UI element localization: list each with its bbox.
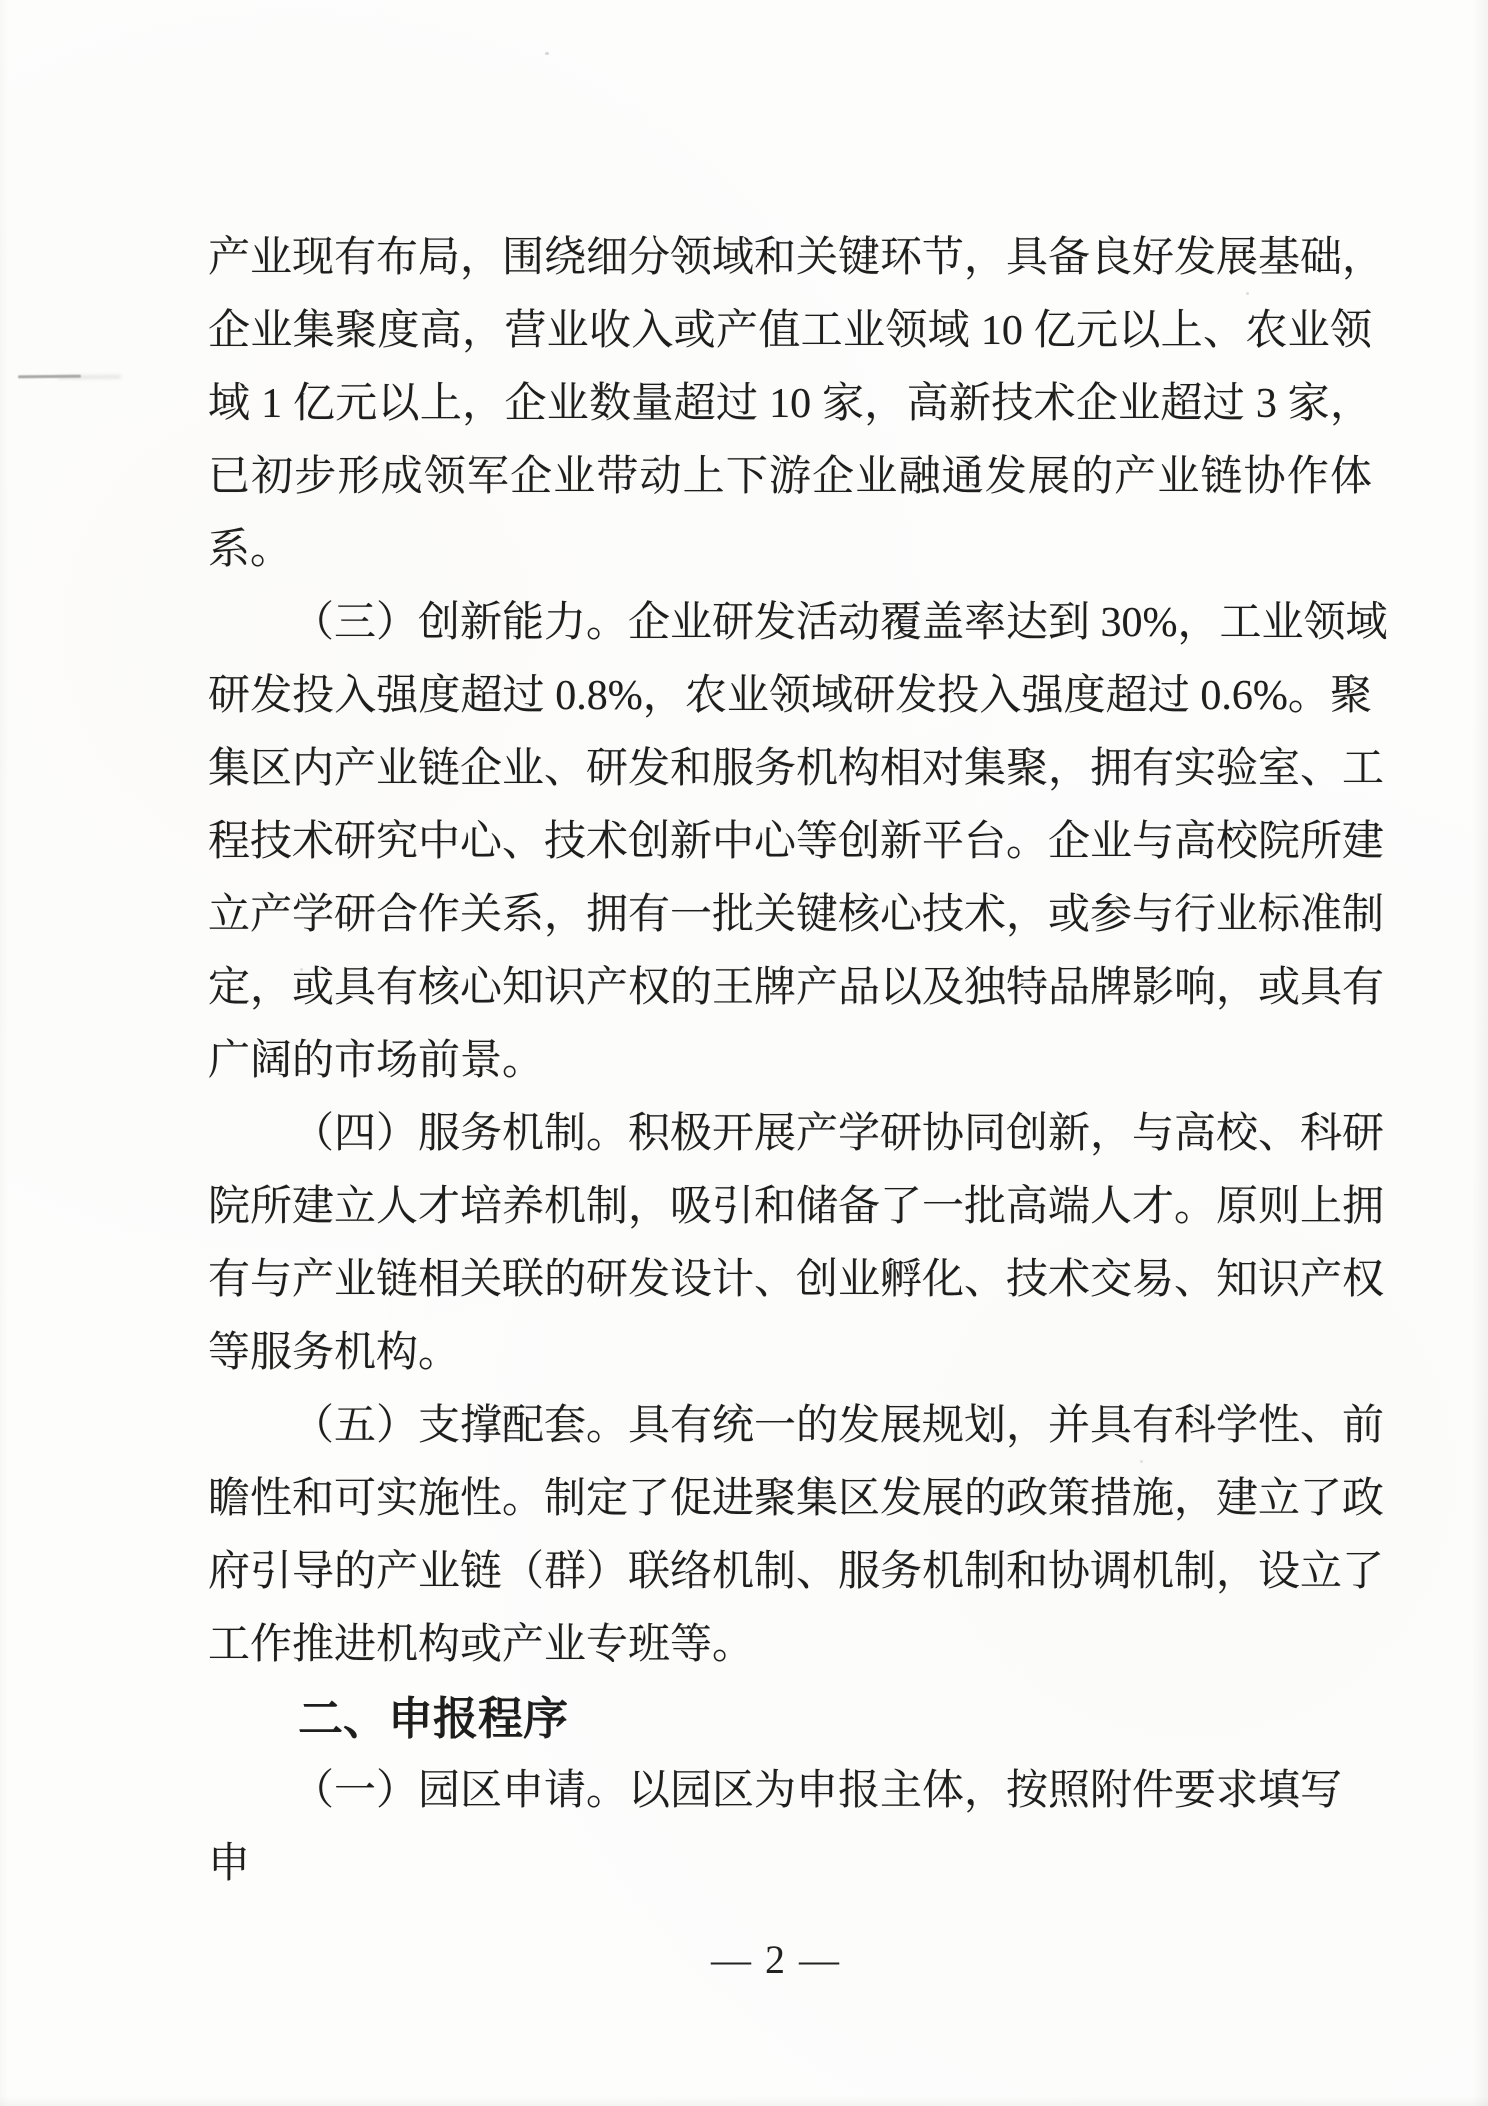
scan-edge-shade-left [0,0,8,2106]
body-line: 瞻性和可实施性。制定了促进聚集区发展的政策措施，建立了政 [208,1463,1372,1536]
body-line-item-3: （三）创新能力。企业研发活动覆盖率达到 30%，工业领域 [208,587,1372,660]
body-line: 域 1 亿元以上，企业数量超过 10 家，高新技术企业超过 3 家， [208,368,1372,441]
scan-speck [545,52,549,55]
scan-edge-shade-bottom [0,2096,1488,2106]
body-line-item-5: （五）支撑配套。具有统一的发展规划，并具有科学性、前 [208,1390,1372,1463]
body-line: 有与产业链相关联的研发设计、创业孵化、技术交易、知识产权 [208,1244,1372,1317]
body-line: 立产学研合作关系，拥有一批关键核心技术，或参与行业标准制 [208,879,1372,952]
body-line: 定，或具有核心知识产权的王牌产品以及独特品牌影响，或具有 [208,952,1372,1025]
scan-artifact-dash [18,375,81,379]
body-line: 系。 [208,514,1372,587]
body-line: 院所建立人才培养机制，吸引和储备了一批高端人才。原则上拥 [208,1171,1372,1244]
body-line-item-4: （四）服务机制。积极开展产学研协同创新，与高校、科研 [208,1098,1372,1171]
scan-edge-shade-right [1472,0,1488,2106]
body-text: 产业现有布局，围绕细分领域和关键环节，具备良好发展基础， 企业集聚度高，营业收入… [208,222,1372,1828]
body-line: 广阔的市场前景。 [208,1025,1372,1098]
body-line: 产业现有布局，围绕细分领域和关键环节，具备良好发展基础， [208,222,1372,295]
body-line: 研发投入强度超过 0.8%，农业领域研发投入强度超过 0.6%。聚 [208,660,1372,733]
body-line: 集区内产业链企业、研发和服务机构相对集聚，拥有实验室、工 [208,733,1372,806]
body-line: 府引导的产业链（群）联络机制、服务机制和协调机制，设立了 [208,1536,1372,1609]
section-heading: 二、申报程序 [208,1682,1372,1755]
body-line: 等服务机构。 [208,1317,1372,1390]
body-line: 程技术研究中心、技术创新中心等创新平台。企业与高校院所建 [208,806,1372,879]
body-line: 工作推进机构或产业专班等。 [208,1609,1372,1682]
body-line: 企业集聚度高，营业收入或产值工业领域 10 亿元以上、农业领 [208,295,1372,368]
document-page: 产业现有布局，围绕细分领域和关键环节，具备良好发展基础， 企业集聚度高，营业收入… [0,0,1488,2106]
body-line: 已初步形成领军企业带动上下游企业融通发展的产业链协作体 [208,441,1372,514]
body-line-item-1: （一）园区申请。以园区为申报主体，按照附件要求填写申 [208,1755,1372,1828]
page-number: — 2 — [626,1938,926,1982]
